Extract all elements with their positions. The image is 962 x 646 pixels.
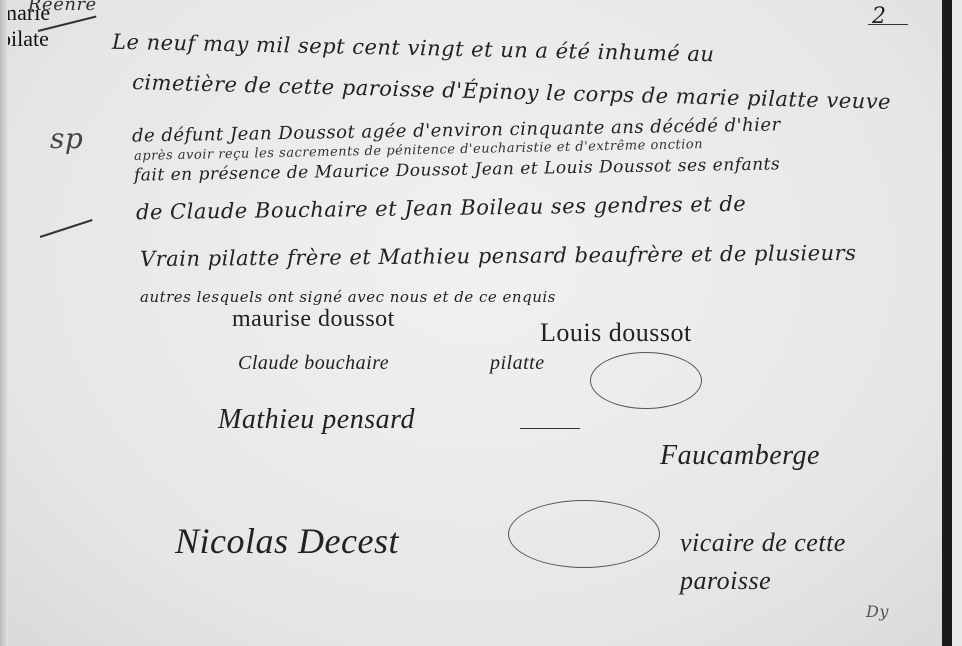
signature-claude-bouchaire: Claude bouchaire xyxy=(238,352,389,375)
signature-faucamberge: Faucamberge xyxy=(660,440,820,472)
margin-name-line1: marie xyxy=(0,0,952,26)
page-number-mark: 2 xyxy=(872,4,887,29)
page-left-shadow xyxy=(0,0,8,646)
entry-line-5: de Claude Bouchaire et Jean Boileau ses … xyxy=(136,192,747,225)
margin-abbrev: sp xyxy=(50,122,83,155)
closing-mark: Dy xyxy=(866,602,889,621)
register-page: Reenre 2 sp marie pilate Le neuf may mil… xyxy=(0,0,952,646)
signature-decest: Nicolas Decest xyxy=(175,520,399,562)
signature-mathieu-pensard: Mathieu pensard xyxy=(218,404,415,436)
signature-maurise-doussot: maurise doussot xyxy=(232,306,395,333)
entry-line-2: cimetière de cette paroisse d'Épinoy le … xyxy=(132,70,892,114)
pilatte-flourish xyxy=(590,352,702,409)
margin-underline xyxy=(40,219,93,238)
page-right-edge xyxy=(942,0,952,646)
signature-pilatte: pilatte xyxy=(490,352,545,375)
faucamberge-flourish xyxy=(508,500,660,568)
signature-vicaire-title: vicaire de cette paroisse xyxy=(680,524,910,600)
pensard-tail xyxy=(520,428,580,429)
entry-line-6: Vrain pilatte frère et Mathieu pensard b… xyxy=(140,241,857,271)
page-number-underline xyxy=(868,24,908,25)
signature-louis-doussot: Louis doussot xyxy=(540,318,692,348)
top-margin-fragment: Reenre xyxy=(28,0,97,15)
entry-line-7: autres lesquels ont signé avec nous et d… xyxy=(140,288,556,306)
